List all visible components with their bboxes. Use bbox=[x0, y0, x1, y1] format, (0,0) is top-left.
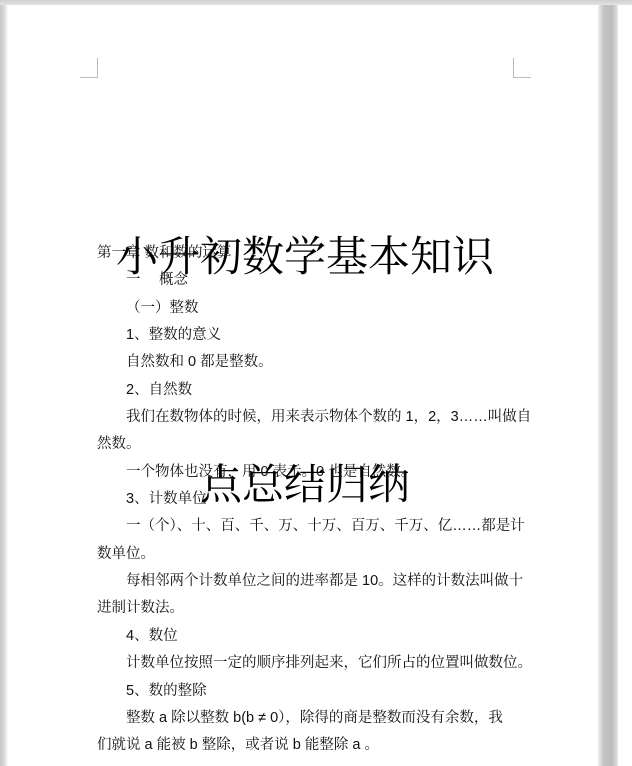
text-line: （一）整数 bbox=[97, 295, 567, 322]
text-line: 们就说 a 能被 b 整除，或者说 b 能整除 a 。 bbox=[97, 732, 567, 759]
text-line: 一（个）、十、百、千、万、十万、百万、千万、亿……都是计 bbox=[97, 513, 567, 540]
text-line: 进制计数法。 bbox=[97, 595, 567, 622]
text-line: 一个物体也没有，用 0 表示。0 也是自然数。 bbox=[97, 459, 567, 486]
text-line: 3、计数单位 bbox=[97, 486, 567, 513]
text-line: 第一章 数和数的运算 bbox=[97, 240, 567, 267]
text-line: 5、数的整除 bbox=[97, 678, 567, 705]
scrollbar-track[interactable] bbox=[598, 5, 618, 766]
text-line: 1、整数的意义 bbox=[97, 322, 567, 349]
text-line: 2、自然数 bbox=[97, 377, 567, 404]
page-left-edge-shadow bbox=[0, 0, 8, 766]
margin-crop-mark-top-right bbox=[513, 58, 531, 78]
scrollbar-thumb[interactable] bbox=[598, 5, 618, 766]
text-line: 整数 a 除以整数 b(b ≠ 0），除得的商是整数而没有余数，我 bbox=[97, 705, 567, 732]
margin-crop-mark-top-left bbox=[80, 58, 98, 78]
text-line: 我们在数物体的时候，用来表示物体个数的 1，2，3……叫做自 bbox=[97, 404, 567, 431]
document-body: 第一章 数和数的运算一 概念（一）整数1、整数的意义自然数和 0 都是整数。2、… bbox=[97, 240, 567, 760]
text-line: 数单位。 bbox=[97, 541, 567, 568]
text-line: 然数。 bbox=[97, 431, 567, 458]
document-viewer: 小升初数学基本知识 点总结归纳 第一章 数和数的运算一 概念（一）整数1、整数的… bbox=[0, 0, 632, 766]
text-line: 自然数和 0 都是整数。 bbox=[97, 349, 567, 376]
text-line: 一 概念 bbox=[97, 267, 567, 294]
text-line: 计数单位按照一定的顺序排列起来，它们所占的位置叫做数位。 bbox=[97, 650, 567, 677]
viewer-top-edge bbox=[0, 0, 632, 5]
text-line: 4、数位 bbox=[97, 623, 567, 650]
text-line: 每相邻两个计数单位之间的进率都是 10。这样的计数法叫做十 bbox=[97, 568, 567, 595]
